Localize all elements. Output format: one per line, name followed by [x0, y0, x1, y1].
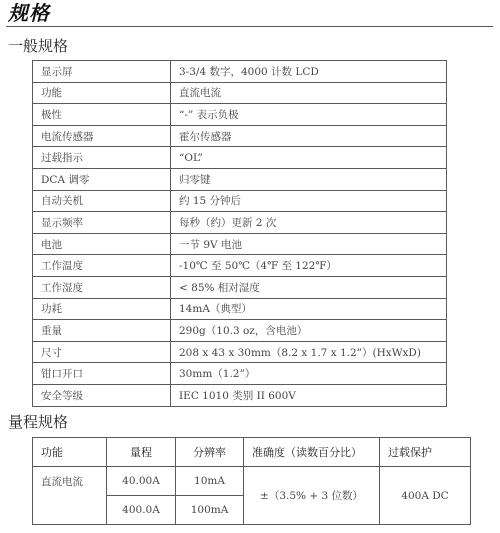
range-cell: 400.0A — [107, 496, 176, 525]
table-row: 显示屏3-3/4 数字，4000 计数 LCD — [33, 61, 447, 83]
spec-value: 归零键 — [171, 168, 447, 190]
spec-value: -10℃ 至 50℃（4℉ 至 122℉） — [171, 255, 447, 277]
table-row: 安全等级IEC 1010 类别 II 600V — [33, 384, 447, 406]
resolution-cell: 100mA — [176, 496, 244, 525]
spec-value: 霍尔传感器 — [171, 125, 447, 147]
spec-value: 14mA（典型） — [171, 298, 447, 320]
spec-label: 尺寸 — [33, 341, 171, 363]
spec-label: 功耗 — [33, 298, 171, 320]
table-row: 工作温度-10℃ 至 50℃（4℉ 至 122℉） — [33, 255, 447, 277]
spec-label: 重量 — [33, 320, 171, 342]
table-header-row: 功能 量程 分辨率 准确度（读数百分比） 过载保护 — [33, 438, 471, 467]
table-row: 功能直流电流 — [33, 82, 447, 104]
spec-label: DCA 调零 — [33, 168, 171, 190]
table-row: 工作湿度< 85% 相对湿度 — [33, 276, 447, 298]
table-row: 显示频率每秒（约）更新 2 次 — [33, 212, 447, 234]
spec-value: 直流电流 — [171, 82, 447, 104]
spec-label: 钳口开口 — [33, 363, 171, 385]
spec-label: 电池 — [33, 233, 171, 255]
spec-label: 电流传感器 — [33, 125, 171, 147]
spec-value: 3-3/4 数字，4000 计数 LCD — [171, 61, 447, 83]
spec-label: 显示频率 — [33, 212, 171, 234]
table-row: 电池一节 9V 电池 — [33, 233, 447, 255]
header-resolution: 分辨率 — [176, 438, 244, 467]
spec-value: IEC 1010 类别 II 600V — [171, 384, 447, 406]
accuracy-cell: ±（3.5% + 3 位数） — [244, 467, 380, 525]
title-divider — [6, 26, 493, 27]
table-row: 功耗14mA（典型） — [33, 298, 447, 320]
spec-value: 每秒（约）更新 2 次 — [171, 212, 447, 234]
page-title: 规格 — [8, 0, 50, 26]
spec-label: 工作温度 — [33, 255, 171, 277]
section-title-general: 一般规格 — [8, 36, 68, 56]
section-title-range: 量程规格 — [8, 412, 68, 432]
spec-value: “OL” — [171, 147, 447, 169]
header-overload: 过载保护 — [380, 438, 471, 467]
range-cell: 40.00A — [107, 467, 176, 496]
spec-label: 功能 — [33, 82, 171, 104]
spec-label: 显示屏 — [33, 61, 171, 83]
table-row: 极性“-” 表示负极 — [33, 104, 447, 126]
spec-value: 208 x 43 x 30mm（8.2 x 1.7 x 1.2”）(HxWxD) — [171, 341, 447, 363]
header-function: 功能 — [33, 438, 107, 467]
range-spec-table: 功能 量程 分辨率 准确度（读数百分比） 过载保护 直流电流 40.00A 10… — [32, 437, 471, 525]
spec-label: 过载指示 — [33, 147, 171, 169]
spec-label: 自动关机 — [33, 190, 171, 212]
overload-cell: 400A DC — [380, 467, 471, 525]
table-row: 自动关机约 15 分钟后 — [33, 190, 447, 212]
table-row: 过载指示“OL” — [33, 147, 447, 169]
spec-value: 一节 9V 电池 — [171, 233, 447, 255]
spec-value: 30mm（1.2”） — [171, 363, 447, 385]
spec-label: 安全等级 — [33, 384, 171, 406]
spec-value: < 85% 相对湿度 — [171, 276, 447, 298]
spec-value: 约 15 分钟后 — [171, 190, 447, 212]
table-row: 钳口开口30mm（1.2”） — [33, 363, 447, 385]
spec-label: 极性 — [33, 104, 171, 126]
spec-value: “-” 表示负极 — [171, 104, 447, 126]
spec-label: 工作湿度 — [33, 276, 171, 298]
table-row: DCA 调零归零键 — [33, 168, 447, 190]
table-row: 电流传感器霍尔传感器 — [33, 125, 447, 147]
table-row: 重量290g（10.3 oz，含电池） — [33, 320, 447, 342]
table-row: 尺寸208 x 43 x 30mm（8.2 x 1.7 x 1.2”）(HxWx… — [33, 341, 447, 363]
table-row: 直流电流 40.00A 10mA ±（3.5% + 3 位数） 400A DC — [33, 467, 471, 496]
function-cell: 直流电流 — [33, 467, 107, 525]
general-spec-table: 显示屏3-3/4 数字，4000 计数 LCD 功能直流电流 极性“-” 表示负… — [32, 60, 447, 407]
header-range: 量程 — [107, 438, 176, 467]
header-accuracy: 准确度（读数百分比） — [244, 438, 380, 467]
resolution-cell: 10mA — [176, 467, 244, 496]
spec-value: 290g（10.3 oz，含电池） — [171, 320, 447, 342]
